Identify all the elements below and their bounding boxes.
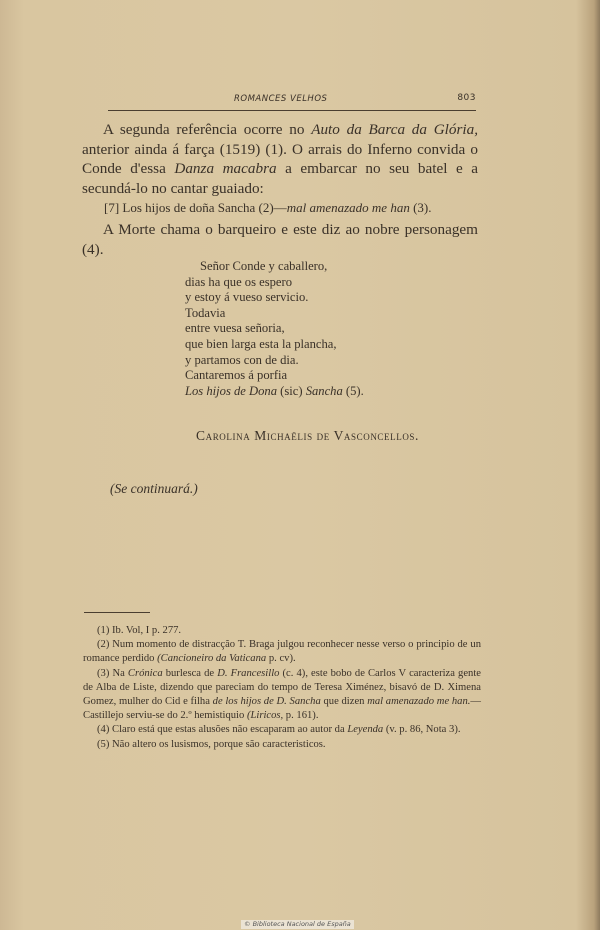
text-run: (5). (343, 384, 364, 398)
footnote-3: (3) Na Crónica burlesca de D. Francesill… (83, 667, 481, 724)
text-run: p. 161). (283, 710, 318, 721)
footnote-rule (84, 612, 150, 613)
quoted-verse-line: [7] Los hijos de doña Sancha (2)—mal ame… (104, 200, 432, 216)
italic-title: Danza macabra (174, 160, 276, 177)
italic-text: mal amenazado me han. (367, 696, 470, 707)
author-signature: Carolina Michaëlis de Vasconcellos. (196, 428, 419, 444)
library-credit: © Biblioteca Nacional de España (241, 920, 354, 929)
verse-line: entre vuesa señoria, (185, 321, 364, 337)
italic-text: D. Francesillo (217, 668, 279, 679)
header-rule (108, 110, 476, 111)
text-run: (sic) (277, 384, 306, 398)
text-run: [7] Los hijos de doña Sancha (2)— (104, 200, 287, 215)
text-run: (3) Na (97, 668, 128, 679)
running-head: ROMANCES VELHOS (234, 94, 327, 104)
footnote-1: (1) Ib. Vol, I p. 277. (83, 624, 481, 638)
paragraph-2: A Morte chama o barqueiro e este diz ao … (82, 220, 478, 259)
text-run: burlesca de (163, 668, 218, 679)
text-run: A segunda referência ocorre no (103, 121, 311, 138)
verse-block: Señor Conde y caballero, dias ha que os … (185, 259, 364, 399)
text-run: (3). (410, 200, 432, 215)
footnotes: (1) Ib. Vol, I p. 277. (2) Num momento d… (83, 624, 481, 752)
italic-text: Sancha (306, 384, 343, 398)
verse-line: y estoy á vueso servicio. (185, 290, 364, 306)
text-run: (4) Claro está que estas alusões não esc… (97, 724, 347, 735)
text-run: p. cv). (266, 653, 295, 664)
footnote-2: (2) Num momento de distracção T. Braga j… (83, 638, 481, 666)
verse-line: que bien larga esta la plancha, (185, 337, 364, 353)
text-run: que dizen (321, 696, 367, 707)
verse-line: Señor Conde y caballero, (185, 259, 364, 275)
continuation-note: (Se continuará.) (110, 481, 198, 497)
page-header: ROMANCES VELHOS 803 (108, 92, 478, 108)
verse-line-last: Los hijos de Dona (sic) Sancha (5). (185, 384, 364, 400)
verse-line: Cantaremos á porfia (185, 368, 364, 384)
italic-text: (Cancioneiro da Vaticana (157, 653, 266, 664)
italic-text: Los hijos de Dona (185, 384, 277, 398)
footnote-5: (5) Não altero os lusismos, porque são c… (83, 738, 481, 752)
italic-quote: mal amenazado me han (287, 200, 410, 215)
verse-line: y partamos con de dia. (185, 353, 364, 369)
scanned-page: ROMANCES VELHOS 803 A segunda referência… (0, 0, 600, 930)
verse-line: dias ha que os espero (185, 275, 364, 291)
italic-title: Auto da Barca da Glória, (311, 121, 478, 138)
italic-text: Leyenda (347, 724, 383, 735)
italic-text: de los hijos de D. Sancha (213, 696, 321, 707)
verse-line: Todavia (185, 306, 364, 322)
page-number: 803 (457, 93, 476, 103)
italic-text: Crónica (128, 668, 163, 679)
footnote-4: (4) Claro está que estas alusões não esc… (83, 723, 481, 737)
italic-text: (Liricos, (247, 710, 283, 721)
paragraph-1: A segunda referência ocorre no Auto da B… (82, 120, 478, 198)
text-run: (v. p. 86, Nota 3). (383, 724, 460, 735)
